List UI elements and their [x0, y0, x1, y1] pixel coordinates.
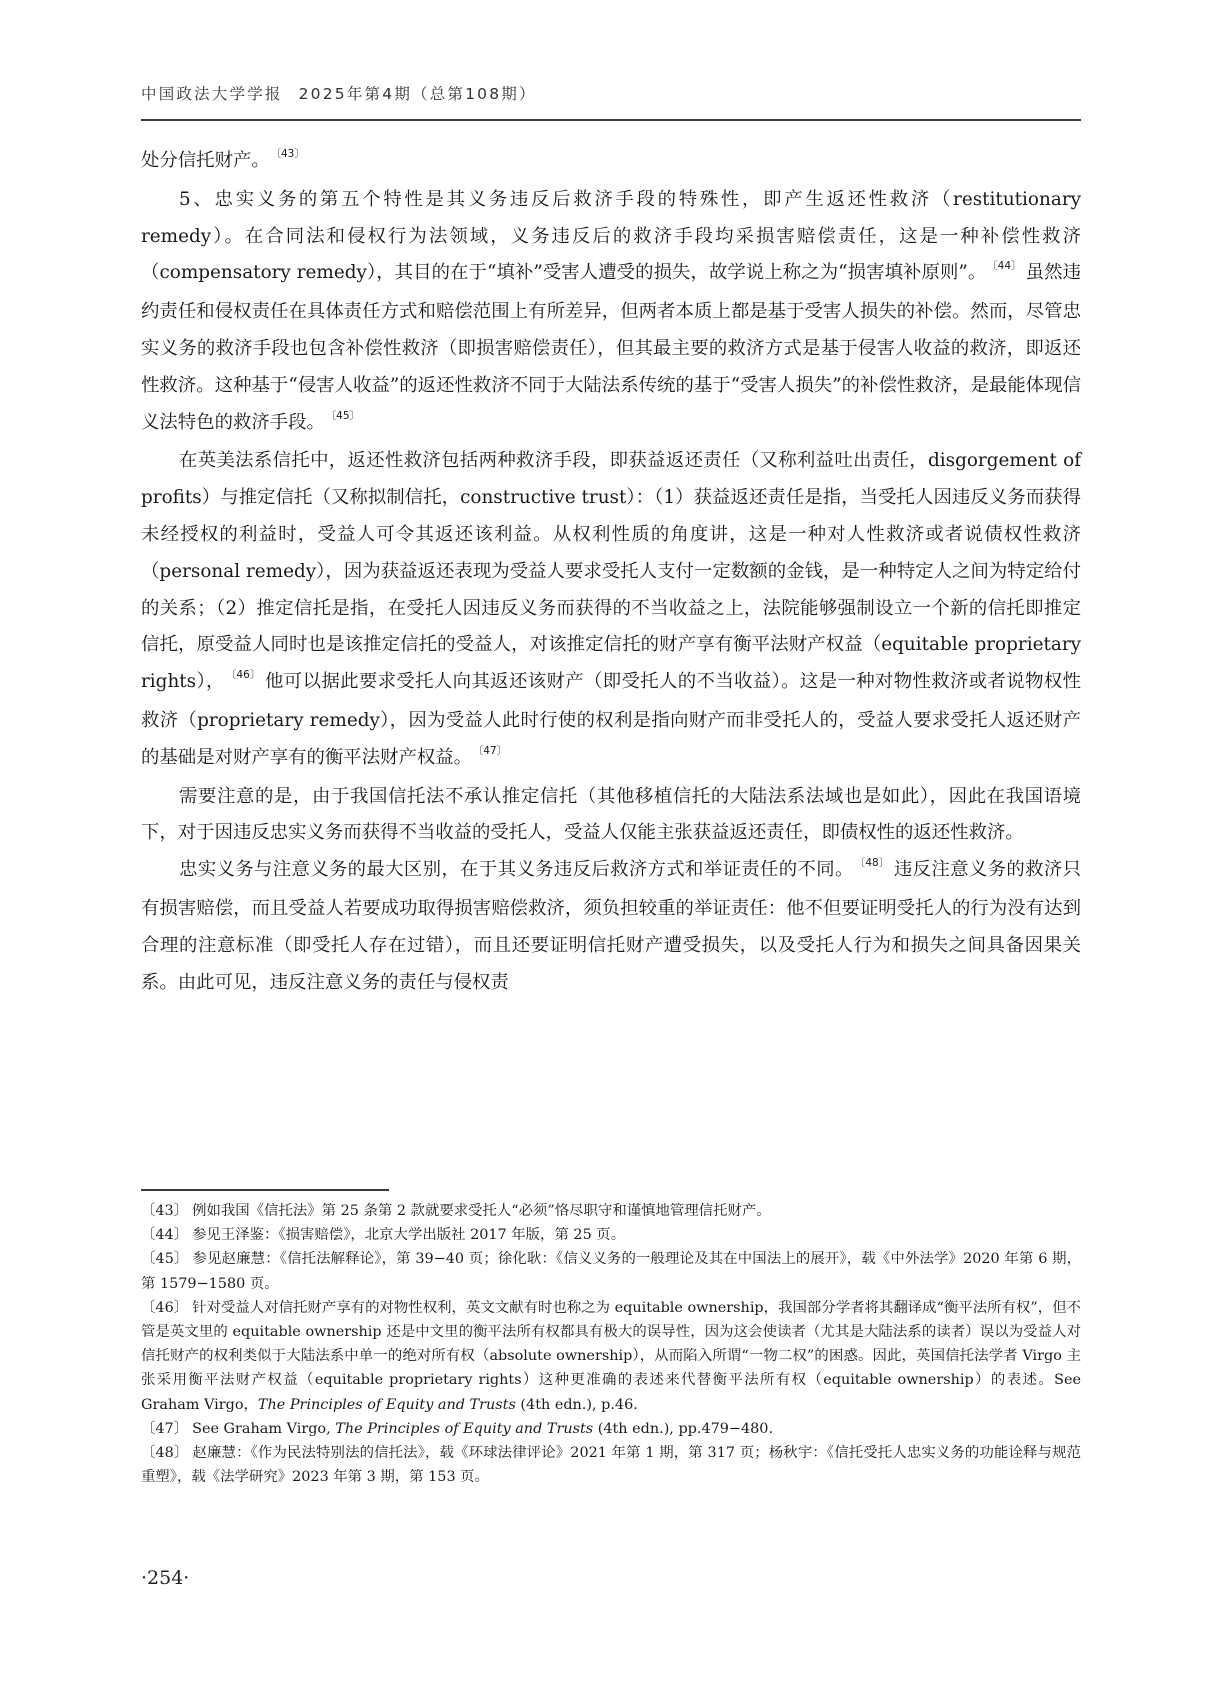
footnote-number: 〔43〕 — [141, 1203, 188, 1219]
footnote-reference[interactable]: 〔44〕 — [992, 260, 1021, 272]
footnote-reference[interactable]: 〔43〕 — [276, 148, 305, 160]
footnote-item: 〔47〕See Graham Virgo, The Principles of … — [141, 1417, 1081, 1441]
footnote-text: 赵廉慧：《作为民法特别法的信托法》，载《环球法律评论》2021 年第 1 期，第… — [141, 1445, 1081, 1485]
footnote-number: 〔48〕 — [141, 1445, 189, 1461]
footnote-text: 例如我国《信托法》第 25 条第 2 款就要求受托人“必须”恪尽职守和谨慎地管理… — [192, 1203, 771, 1219]
footnotes: 〔43〕例如我国《信托法》第 25 条第 2 款就要求受托人“必须”恪尽职守和谨… — [141, 1199, 1081, 1489]
body-text-run: 需要注意的是，由于我国信托法不承认推定信托（其他移植信托的大陆法系法域也是如此）… — [141, 786, 1081, 844]
footnote-rule — [141, 1189, 389, 1191]
book-title: The Principles of Equity and Trusts — [258, 1397, 516, 1413]
body-text-run: 5、忠实义务的第五个特性是其义务违反后救济手段的特殊性，即产生返还性救济（res… — [141, 189, 1081, 284]
body-text-run: 他可以据此要求受托人向其返还该财产（即受托人的不当收益）。这是一种对物性救济或者… — [141, 671, 1081, 768]
body-text-run: 虽然违约责任和侵权责任在具体责任方式和赔偿范围上有所差异，但两者本质上都是基于受… — [141, 262, 1081, 432]
footnote-item: 〔45〕参见赵廉慧：《信托法解释论》，第 39−40 页；徐化耿：《信义义务的一… — [141, 1247, 1081, 1295]
body-text-run: 在英美法系信托中，返还性救济包括两种救济手段，即获益返还责任（又称利益吐出责任，… — [141, 450, 1081, 692]
body-text: 处分信托财产。〔43〕5、忠实义务的第五个特性是其义务违反后救济手段的特殊性，即… — [141, 143, 1081, 1001]
journal-title: 中国政法大学学报 — [141, 85, 283, 103]
footnote-text: 参见王泽鉴：《损害赔偿》，北京大学出版社 2017 年版，第 25 页。 — [192, 1227, 625, 1243]
body-text-run: 忠实义务与注意义务的最大区别，在于其义务违反后救济方式和举证责任的不同。 — [179, 859, 854, 880]
footnote-reference[interactable]: 〔46〕 — [231, 669, 261, 681]
footnote-text: (4th edn.), p.46. — [516, 1397, 638, 1413]
footnote-text: 参见赵廉慧：《信托法解释论》，第 39−40 页；徐化耿：《信义义务的一般理论及… — [141, 1251, 1081, 1291]
footnote-text: See Graham Virgo, — [192, 1421, 335, 1437]
page-number: ·254· — [141, 1567, 189, 1589]
footnote-number: 〔47〕 — [141, 1421, 188, 1437]
running-header: 中国政法大学学报2025年第4期（总第108期） — [141, 82, 1081, 104]
header-rule — [141, 119, 1081, 121]
book-title: The Principles of Equity and Trusts — [335, 1421, 593, 1437]
footnote-reference[interactable]: 〔47〕 — [478, 745, 507, 757]
footnote-number: 〔44〕 — [141, 1227, 188, 1243]
footnote-reference[interactable]: 〔48〕 — [860, 857, 890, 869]
issue-info: 2025年第4期（总第108期） — [299, 85, 537, 103]
body-paragraph: 在英美法系信托中，返还性救济包括两种救济手段，即获益返还责任（又称利益吐出责任，… — [141, 443, 1081, 778]
footnote-number: 〔46〕 — [141, 1300, 188, 1316]
footnote-text: (4th edn.), pp.479−480. — [593, 1421, 773, 1437]
body-paragraph: 5、忠实义务的第五个特性是其义务违反后救济手段的特殊性，即产生返还性救济（res… — [141, 182, 1081, 444]
body-text-run: 处分信托财产。 — [141, 150, 270, 171]
footnote-number: 〔45〕 — [141, 1251, 189, 1267]
body-paragraph: 忠实义务与注意义务的最大区别，在于其义务违反后救济方式和举证责任的不同。〔48〕… — [141, 852, 1081, 1001]
footnote-reference[interactable]: 〔45〕 — [331, 410, 360, 422]
footnote-item: 〔48〕赵廉慧：《作为民法特别法的信托法》，载《环球法律评论》2021 年第 1… — [141, 1441, 1081, 1489]
footnote-item: 〔43〕例如我国《信托法》第 25 条第 2 款就要求受托人“必须”恪尽职守和谨… — [141, 1199, 1081, 1223]
footnote-item: 〔46〕针对受益人对信托财产享有的对物性权利，英文文献有时也称之为 equita… — [141, 1296, 1081, 1417]
body-paragraph: 处分信托财产。〔43〕 — [141, 143, 1081, 182]
body-paragraph: 需要注意的是，由于我国信托法不承认推定信托（其他移植信托的大陆法系法域也是如此）… — [141, 779, 1081, 853]
footnote-item: 〔44〕参见王泽鉴：《损害赔偿》，北京大学出版社 2017 年版，第 25 页。 — [141, 1223, 1081, 1247]
